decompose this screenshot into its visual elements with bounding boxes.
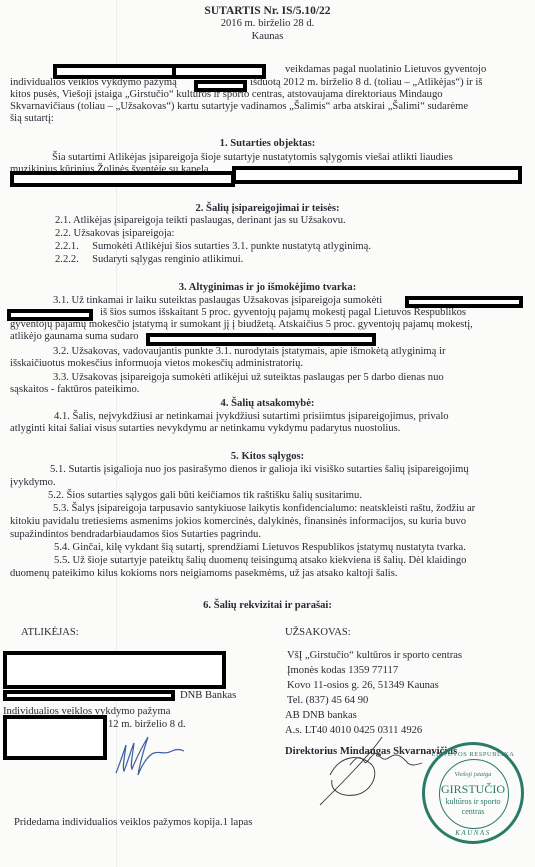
section-2-title: 2. Šalių įsipareigojimai ir teisės:	[0, 203, 535, 215]
redacted-performer-details	[3, 651, 226, 689]
redacted-performer-account	[3, 690, 175, 701]
official-stamp: LIETUVOS RESPUBLIKA Viešoji įstaiga GIRS…	[422, 742, 524, 844]
section-3-title: 3. Altyginimas ir jo išmokėjimo tvarka:	[0, 282, 535, 294]
section-3-p32a: 3.2. Užsakovas, vadovaujantis punkte 3.1…	[53, 346, 445, 358]
attachment-note: Pridedama individualios veiklos pažymos …	[14, 817, 252, 829]
stamp-sub1: kultūros ir sporto	[425, 797, 521, 806]
document-title: SUTARTIS Nr. IS/5.10/22	[0, 5, 535, 17]
section-4-title: 4. Šalių atsakomybė:	[0, 398, 535, 410]
section-3-p33a: 3.3. Užsakovas įsipareigoja sumokėti atl…	[53, 372, 444, 384]
stamp-name: GIRSTUČIO	[425, 782, 521, 797]
section-5-p53c: supažindintos bendradarbiaudamos šios Su…	[10, 529, 261, 541]
section-5-p51b: įvykdymo.	[10, 477, 56, 489]
intro-line-4: Skvarnavičiaus (toliau – „Užsakovas“) ka…	[10, 101, 468, 113]
stamp-sub2: centras	[425, 807, 521, 816]
customer-label: UŽSAKOVAS:	[285, 627, 351, 639]
redacted-band-name-right	[232, 166, 522, 184]
section-2-item: 2.2.1. Sumokėti Atlikėjui šios sutarties…	[55, 241, 371, 253]
stamp-city: KAUNAS	[425, 829, 521, 837]
section-1-title: 1. Sutarties objektas:	[0, 138, 535, 150]
section-2-item: 2.2.2. Sudaryti sąlygas renginio atlikim…	[55, 254, 243, 266]
intro-line-1: veikdamas pagal nuolatinio Lietuvos gyve…	[285, 64, 486, 76]
section-5-p53a: 5.3. Šalys įsipareigoja tarpusavio santy…	[53, 503, 475, 515]
section-3-p31c: gyventojų pajamų mokesčio įstatymą ir su…	[10, 319, 473, 331]
performer-certificate-date: 12 m. birželio 8 d.	[108, 719, 186, 731]
contract-page: SUTARTIS Nr. IS/5.10/22 2016 m. birželio…	[0, 0, 535, 867]
section-2-item: 2.2. Užsakovas įsipareigoja:	[55, 228, 174, 240]
intro-line-2a: individualios veiklos vykdymo pažymą	[10, 77, 177, 89]
section-3-p31d: atlikėjo gaunama suma sudaro	[10, 331, 139, 343]
customer-detail-line: Kovo 11-osios g. 26, 51349 Kaunas	[287, 680, 439, 692]
stamp-type: Viešoji įstaiga	[425, 771, 521, 778]
performer-label: ATLIKĖJAS:	[21, 627, 79, 639]
customer-detail-line: AB DNB bankas	[285, 710, 357, 722]
customer-detail-line: Tel. (837) 45 64 90	[287, 695, 368, 707]
document-date: 2016 m. birželio 28 d.	[0, 18, 535, 30]
section-3-p32b: išskaičiuotus mokesčius informuoja vieto…	[10, 358, 303, 370]
customer-detail-line: Įmonės kodas 1359 77117	[287, 665, 398, 677]
redacted-performer-certificate	[3, 715, 107, 760]
section-5-p55b: duomenų pateikimo kilus kokioms nors nei…	[10, 568, 398, 580]
section-5-p51a: 5.1. Sutartis įsigalioja nuo jos pasiraš…	[50, 464, 469, 476]
customer-detail-line: VšĮ „Girstučio“ kultūros ir sporto centr…	[287, 650, 462, 662]
intro-line-3: kitos pusės, Viešoji įstaiga „Girstučio“…	[10, 89, 443, 101]
redacted-net-amount	[146, 333, 376, 346]
document-city: Kaunas	[0, 31, 535, 43]
performer-bank: DNB Bankas	[180, 690, 236, 702]
section-4-p1: 4.1. Šalis, neįvykdžiusi ar netinkamai į…	[54, 411, 449, 423]
redacted-band-name-left	[10, 171, 235, 187]
customer-signature	[310, 735, 440, 810]
section-5-p55a: 5.5. Už šioje sutartyje pateiktų šalių d…	[54, 555, 466, 567]
section-3-p31b: iš šios sumos išskaitant 5 proc. gyvento…	[100, 307, 466, 319]
section-4-p2: atlyginti kitai šaliai visus sutarties n…	[10, 423, 400, 435]
section-3-p33b: sąskaitos - faktūros pateikimo.	[10, 384, 139, 396]
section-1-p1: Šia sutartimi Atlikėjas įsipareigoja šio…	[52, 152, 453, 164]
section-5-p52: 5.2. Šios sutarties sąlygos gali būti ke…	[48, 490, 362, 502]
section-5-title: 5. Kitos sąlygos:	[0, 451, 535, 463]
performer-signature	[112, 733, 192, 778]
intro-line-5: šią sutartį:	[10, 113, 54, 125]
section-2-item: 2.1. Atlikėjas įsipareigoja teikti pasla…	[55, 215, 346, 227]
section-3-p31a: 3.1. Už tinkamai ir laiku suteiktas pasl…	[53, 295, 382, 307]
stamp-outer-text: LIETUVOS RESPUBLIKA	[425, 751, 521, 758]
section-5-p54: 5.4. Ginčai, kilę vykdant šią sutartį, s…	[54, 542, 466, 554]
section-6-title: 6. Šalių rekvizitai ir parašai:	[0, 600, 535, 612]
section-5-p53b: kitokiu pavidalu tretiesiems asmenims jo…	[10, 516, 466, 528]
intro-line-2b: išduotą 2012 m. birželio 8 d. (toliau – …	[250, 77, 482, 89]
